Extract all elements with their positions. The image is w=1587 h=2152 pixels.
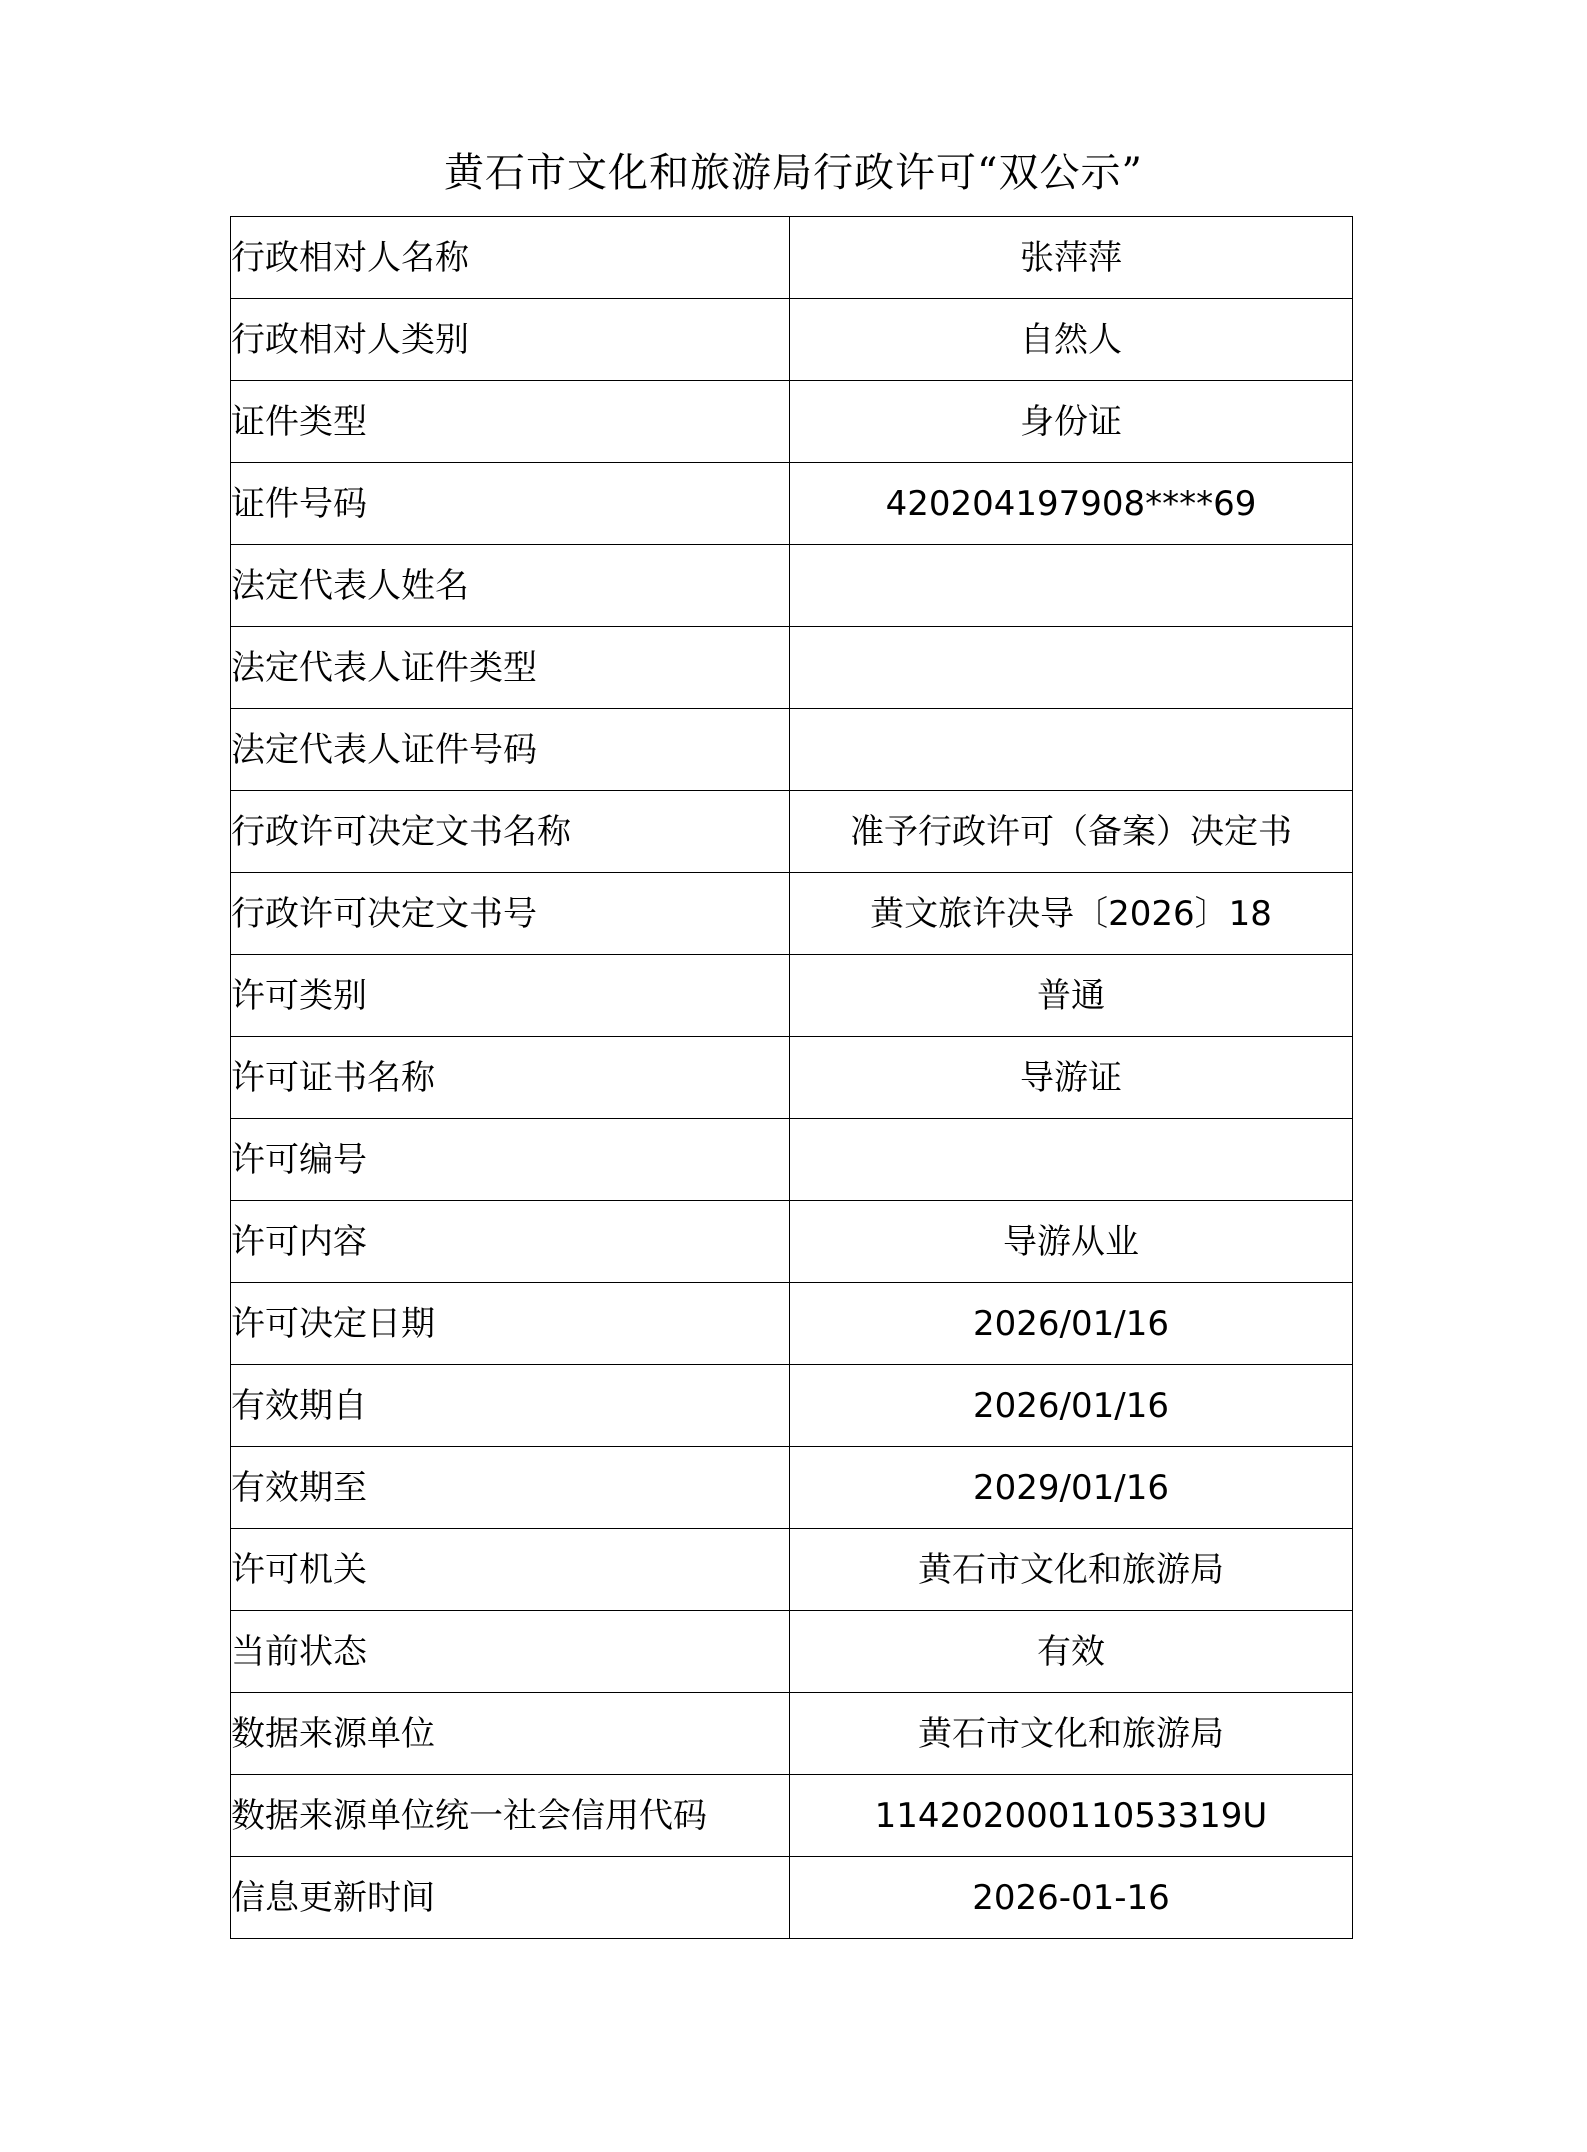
row-label: 法定代表人姓名 [231, 545, 790, 627]
row-label: 法定代表人证件类型 [231, 627, 790, 709]
row-label: 许可证书名称 [231, 1037, 790, 1119]
table-row: 法定代表人证件类型 [231, 627, 1353, 709]
row-label: 数据来源单位 [231, 1693, 790, 1775]
table-row: 许可类别 普通 [231, 955, 1353, 1037]
row-label: 行政相对人名称 [231, 217, 790, 299]
row-value: 准予行政许可（备案）决定书 [790, 791, 1353, 873]
row-value: 420204197908****69 [790, 463, 1353, 545]
row-value: 黄石市文化和旅游局 [790, 1693, 1353, 1775]
table-row: 信息更新时间 2026-01-16 [231, 1857, 1353, 1939]
table-row: 法定代表人证件号码 [231, 709, 1353, 791]
row-label: 有效期自 [231, 1365, 790, 1447]
table-row: 行政相对人名称 张萍萍 [231, 217, 1353, 299]
row-value: 黄石市文化和旅游局 [790, 1529, 1353, 1611]
row-value: 2026/01/16 [790, 1283, 1353, 1365]
row-label: 法定代表人证件号码 [231, 709, 790, 791]
table-row: 法定代表人姓名 [231, 545, 1353, 627]
row-value [790, 709, 1353, 791]
row-value: 普通 [790, 955, 1353, 1037]
row-value: 有效 [790, 1611, 1353, 1693]
table-row: 证件类型 身份证 [231, 381, 1353, 463]
row-value [790, 545, 1353, 627]
table-row: 数据来源单位统一社会信用代码 11420200011053319U [231, 1775, 1353, 1857]
row-label: 证件号码 [231, 463, 790, 545]
row-label: 许可编号 [231, 1119, 790, 1201]
row-label: 行政相对人类别 [231, 299, 790, 381]
row-label: 行政许可决定文书号 [231, 873, 790, 955]
row-label: 当前状态 [231, 1611, 790, 1693]
row-value: 黄文旅许决导〔2026〕18 [790, 873, 1353, 955]
table-row: 有效期自 2026/01/16 [231, 1365, 1353, 1447]
table-row: 行政相对人类别 自然人 [231, 299, 1353, 381]
table-row: 数据来源单位 黄石市文化和旅游局 [231, 1693, 1353, 1775]
row-value: 张萍萍 [790, 217, 1353, 299]
table-row: 许可证书名称 导游证 [231, 1037, 1353, 1119]
row-label: 行政许可决定文书名称 [231, 791, 790, 873]
row-value: 导游从业 [790, 1201, 1353, 1283]
row-value: 2029/01/16 [790, 1447, 1353, 1529]
row-value [790, 1119, 1353, 1201]
row-label: 许可类别 [231, 955, 790, 1037]
row-label: 许可内容 [231, 1201, 790, 1283]
row-value: 11420200011053319U [790, 1775, 1353, 1857]
row-label: 证件类型 [231, 381, 790, 463]
table-row: 行政许可决定文书号 黄文旅许决导〔2026〕18 [231, 873, 1353, 955]
disclosure-table: 行政相对人名称 张萍萍 行政相对人类别 自然人 证件类型 身份证 证件号码 42… [230, 216, 1353, 1939]
row-label: 许可机关 [231, 1529, 790, 1611]
row-label: 信息更新时间 [231, 1857, 790, 1939]
row-value: 导游证 [790, 1037, 1353, 1119]
table-row: 当前状态 有效 [231, 1611, 1353, 1693]
row-label: 许可决定日期 [231, 1283, 790, 1365]
row-value [790, 627, 1353, 709]
row-value: 2026-01-16 [790, 1857, 1353, 1939]
table-row: 证件号码 420204197908****69 [231, 463, 1353, 545]
table-row: 许可内容 导游从业 [231, 1201, 1353, 1283]
row-value: 身份证 [790, 381, 1353, 463]
row-value: 2026/01/16 [790, 1365, 1353, 1447]
table-row: 许可机关 黄石市文化和旅游局 [231, 1529, 1353, 1611]
row-value: 自然人 [790, 299, 1353, 381]
table-row: 有效期至 2029/01/16 [231, 1447, 1353, 1529]
row-label: 数据来源单位统一社会信用代码 [231, 1775, 790, 1857]
table-row: 许可编号 [231, 1119, 1353, 1201]
table-row: 行政许可决定文书名称 准予行政许可（备案）决定书 [231, 791, 1353, 873]
document-title: 黄石市文化和旅游局行政许可“双公示” [0, 145, 1587, 201]
table-row: 许可决定日期 2026/01/16 [231, 1283, 1353, 1365]
row-label: 有效期至 [231, 1447, 790, 1529]
